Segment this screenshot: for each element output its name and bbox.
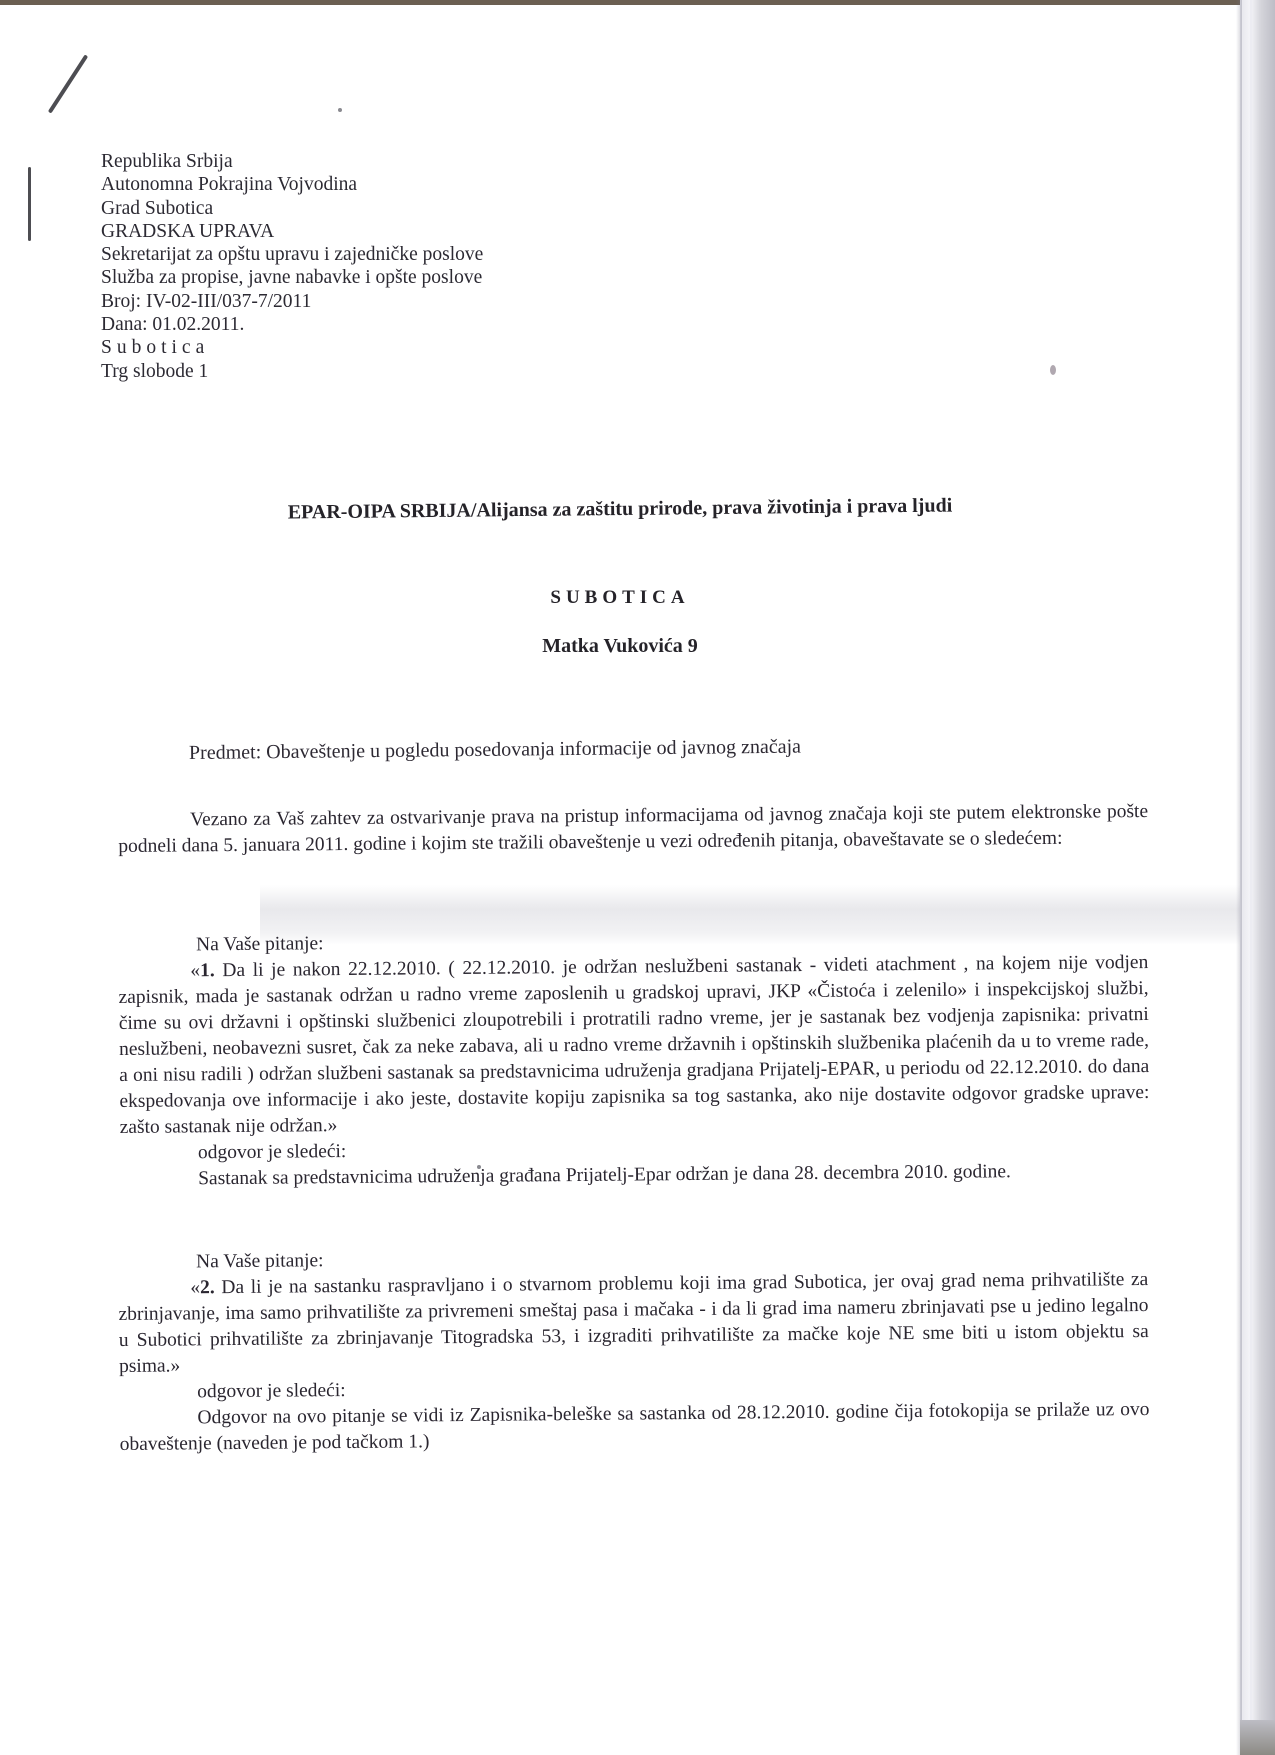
- question-1-section: Na Vaše pitanje: «1. Da li je nakon 22.1…: [118, 924, 1150, 1193]
- question-2-number: 2.: [200, 1277, 215, 1298]
- sender-administration: GRADSKA UPRAVA: [101, 220, 483, 243]
- question-2-text: «2. Da li je na sastanku raspravljano i …: [118, 1267, 1149, 1380]
- sender-country: Republika Srbija: [101, 150, 483, 173]
- scan-speck: [1050, 365, 1056, 375]
- intro-text: Vezano za Vaš zahtev za ostvarivanje pra…: [118, 799, 1148, 860]
- reference-number: Broj: IV-02-III/037-7/2011: [101, 290, 483, 313]
- scan-bottom-corner: [1240, 1720, 1275, 1755]
- document-date: Dana: 01.02.2011.: [101, 313, 483, 336]
- sender-block: Republika Srbija Autonomna Pokrajina Voj…: [101, 150, 483, 383]
- recipient-organization: EPAR-OIPA SRBIJA/Alijansa za zaštitu pri…: [0, 492, 1240, 528]
- sender-secretariat: Sekretarijat za opštu upravu i zajedničk…: [101, 243, 483, 266]
- scan-speck: [338, 108, 342, 112]
- stacked-pages-edge: [1240, 0, 1275, 1755]
- sender-place: Subotica: [101, 336, 483, 359]
- recipient-address: Matka Vukovića 9: [0, 635, 1240, 658]
- sender-address: Trg slobode 1: [101, 360, 483, 383]
- question-1-text: «1. Da li je nakon 22.12.2010. ( 22.12.2…: [118, 950, 1150, 1141]
- document-page: Republika Srbija Autonomna Pokrajina Voj…: [0, 5, 1240, 1755]
- answer-2-text: Odgovor na ovo pitanje se vidi iz Zapisn…: [119, 1397, 1149, 1458]
- subject-line: Predmet: Obaveštenje u pogledu posedovan…: [189, 736, 801, 765]
- sender-city: Grad Subotica: [101, 197, 483, 220]
- staple-mark-icon: [28, 167, 31, 241]
- question-2-section: Na Vaše pitanje: «2. Da li je na sastank…: [118, 1241, 1150, 1458]
- sender-province: Autonomna Pokrajina Vojvodina: [101, 173, 483, 196]
- staple-mark-icon: [48, 54, 88, 113]
- recipient-city: SUBOTICA: [0, 587, 1240, 609]
- question-1-number: 1.: [200, 960, 215, 981]
- sender-service: Služba za propise, javne nabavke i opšte…: [101, 266, 483, 289]
- intro-paragraph: Vezano za Vaš zahtev za ostvarivanje pra…: [118, 799, 1148, 860]
- page-edge-shadow: [1236, 0, 1242, 1755]
